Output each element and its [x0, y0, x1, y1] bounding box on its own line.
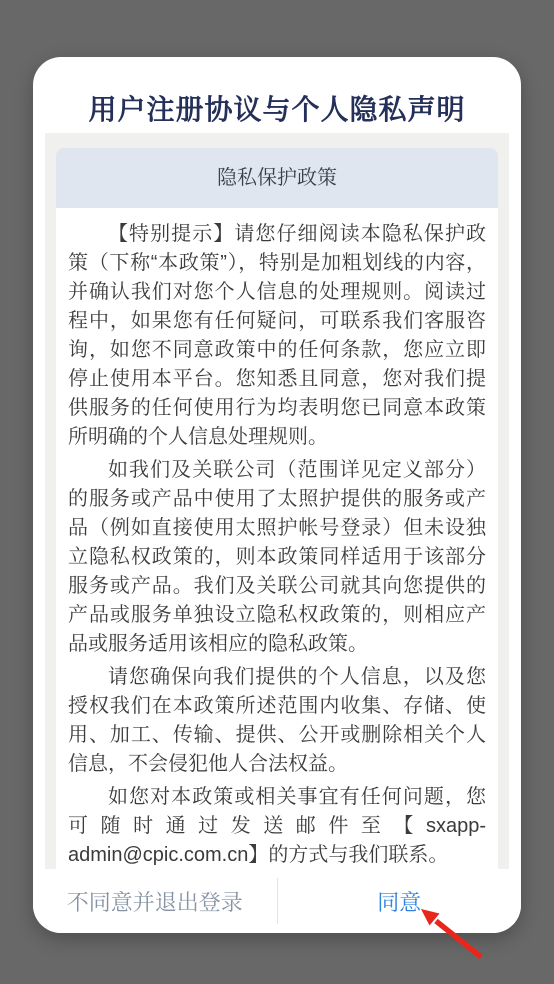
- policy-scroll-area[interactable]: 隐私保护政策 【特别提示】请您仔细阅读本隐私保护政策（下称“本政策”），特别是加…: [45, 133, 509, 869]
- policy-header-title: 隐私保护政策: [56, 148, 498, 208]
- agree-button[interactable]: 同意: [278, 869, 522, 933]
- screen-background: 用户注册协议与个人隐私声明 隐私保护政策 【特别提示】请您仔细阅读本隐私保护政策…: [0, 0, 554, 984]
- policy-card: 隐私保护政策 【特别提示】请您仔细阅读本隐私保护政策（下称“本政策”），特别是加…: [56, 148, 498, 869]
- dialog-button-row: 不同意并退出登录 同意: [33, 869, 521, 933]
- policy-paragraph-contact-email: 如您对本政策或相关事宜有任何问题，您可随时通过发送邮件至【sxapp-admin…: [68, 783, 486, 869]
- policy-body: 【特别提示】请您仔细阅读本隐私保护政策（下称“本政策”），特别是加粗划线的内容，…: [56, 208, 498, 869]
- policy-paragraph-affiliates: 如我们及关联公司（范围详见定义部分）的服务或产品中使用了太照护提供的服务或产品（…: [68, 456, 486, 659]
- policy-paragraph-guarantee: 请您确保向我们提供的个人信息，以及您授权我们在本政策所述范围内收集、存储、使用、…: [68, 663, 486, 779]
- agreement-dialog: 用户注册协议与个人隐私声明 隐私保护政策 【特别提示】请您仔细阅读本隐私保护政策…: [33, 57, 521, 933]
- dialog-title: 用户注册协议与个人隐私声明: [33, 57, 521, 133]
- policy-paragraph-special-notice: 【特别提示】请您仔细阅读本隐私保护政策（下称“本政策”），特别是加粗划线的内容，…: [68, 220, 486, 452]
- decline-button[interactable]: 不同意并退出登录: [33, 869, 277, 933]
